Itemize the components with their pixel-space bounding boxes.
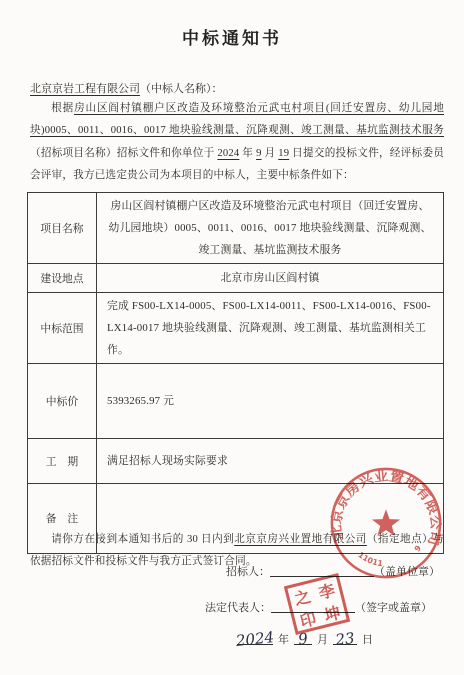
- handwritten-month: 9: [297, 630, 308, 649]
- tenderer-company-name: 北京京房兴业置地有限公司: [234, 534, 367, 545]
- legal-representative-signature-blank: [271, 600, 355, 613]
- addressee-line: 北京京岩工程有限公司（中标人名称）：: [30, 80, 444, 96]
- tenderer-signature-line: 招标人：（盖单位章）: [226, 563, 440, 579]
- year-unit: 年: [239, 148, 256, 159]
- day-unit: 日: [362, 634, 373, 646]
- tenderer-signature-blank: [270, 564, 374, 577]
- row-value: 满足招标人现场实际要求: [97, 439, 444, 484]
- tender-project-name: 房山区阎村镇棚户区改造及环境整治元武屯村项目(回迁安置房、幼儿园地块)0005、…: [30, 103, 444, 136]
- bid-conditions-table: 项目名称 房山区阎村镇棚户区改造及环境整治元武屯村项目（回迁安置房、幼儿园地块）…: [27, 192, 444, 554]
- date-year-slot: 2024: [237, 631, 273, 645]
- row-label: 项目名称: [28, 193, 97, 264]
- bid-notice-document: 中标通知书 北京京岩工程有限公司（中标人名称）： 根据房山区阎村镇棚户区改造及环…: [0, 0, 464, 675]
- year-unit: 年: [278, 634, 289, 646]
- table-row-location: 建设地点 北京市房山区阎村镇: [28, 264, 444, 293]
- legal-representative-label: 法定代表人：: [205, 602, 271, 614]
- closing-lead: 请你方在接到本通知书后的 30 日内到: [51, 534, 234, 545]
- row-value: 房山区阎村镇棚户区改造及环境整治元武屯村项目（回迁安置房、幼儿园地块）0005、…: [97, 193, 444, 264]
- intro-mid: （招标项目名称）招标文件和你单位于: [30, 148, 217, 159]
- legal-representative-note: （签字或盖章）: [355, 602, 432, 614]
- table-row-duration: 工 期 满足招标人现场实际要求: [28, 439, 444, 484]
- row-label: 中标范围: [28, 293, 97, 364]
- row-label: 建设地点: [28, 264, 97, 293]
- bid-submit-year: 2024: [217, 148, 239, 159]
- tenderer-label: 招标人：: [226, 566, 270, 578]
- table-row-price: 中标价 5393265.97 元: [28, 364, 444, 439]
- month-unit: 月: [262, 148, 279, 159]
- month-unit: 月: [317, 634, 328, 646]
- tenderer-note: （盖单位章）: [374, 566, 440, 578]
- row-value: 完成 FS00-LX14-0005、FS00-LX14-0011、FS00-LX…: [97, 293, 444, 364]
- legal-representative-signature-line: 法定代表人：（签字或盖章）: [205, 599, 432, 615]
- document-title: 中标通知书: [0, 24, 464, 49]
- row-value: 北京市房山区阎村镇: [97, 264, 444, 293]
- table-row-project-name: 项目名称 房山区阎村镇棚户区改造及环境整治元武屯村项目（回迁安置房、幼儿园地块）…: [28, 193, 444, 264]
- row-label: 工 期: [28, 439, 97, 484]
- row-value: 5393265.97 元: [97, 364, 444, 439]
- bid-submit-day: 19: [278, 148, 289, 159]
- date-day-slot: 23: [333, 631, 357, 645]
- row-label: 中标价: [28, 364, 97, 439]
- intro-lead: 根据: [51, 103, 74, 114]
- handwritten-day: 23: [335, 629, 356, 649]
- intro-paragraph: 根据房山区阎村镇棚户区改造及环境整治元武屯村项目(回迁安置房、幼儿园地块)000…: [30, 98, 444, 188]
- date-line: 2024年9月23日: [237, 631, 378, 647]
- handwritten-year: 2024: [235, 628, 275, 650]
- table-row-scope: 中标范围 完成 FS00-LX14-0005、FS00-LX14-0011、FS…: [28, 293, 444, 364]
- winner-company-name: 北京京岩工程有限公司: [30, 83, 140, 95]
- addressee-suffix: （中标人名称）：: [140, 83, 223, 95]
- date-month-slot: 9: [294, 631, 312, 645]
